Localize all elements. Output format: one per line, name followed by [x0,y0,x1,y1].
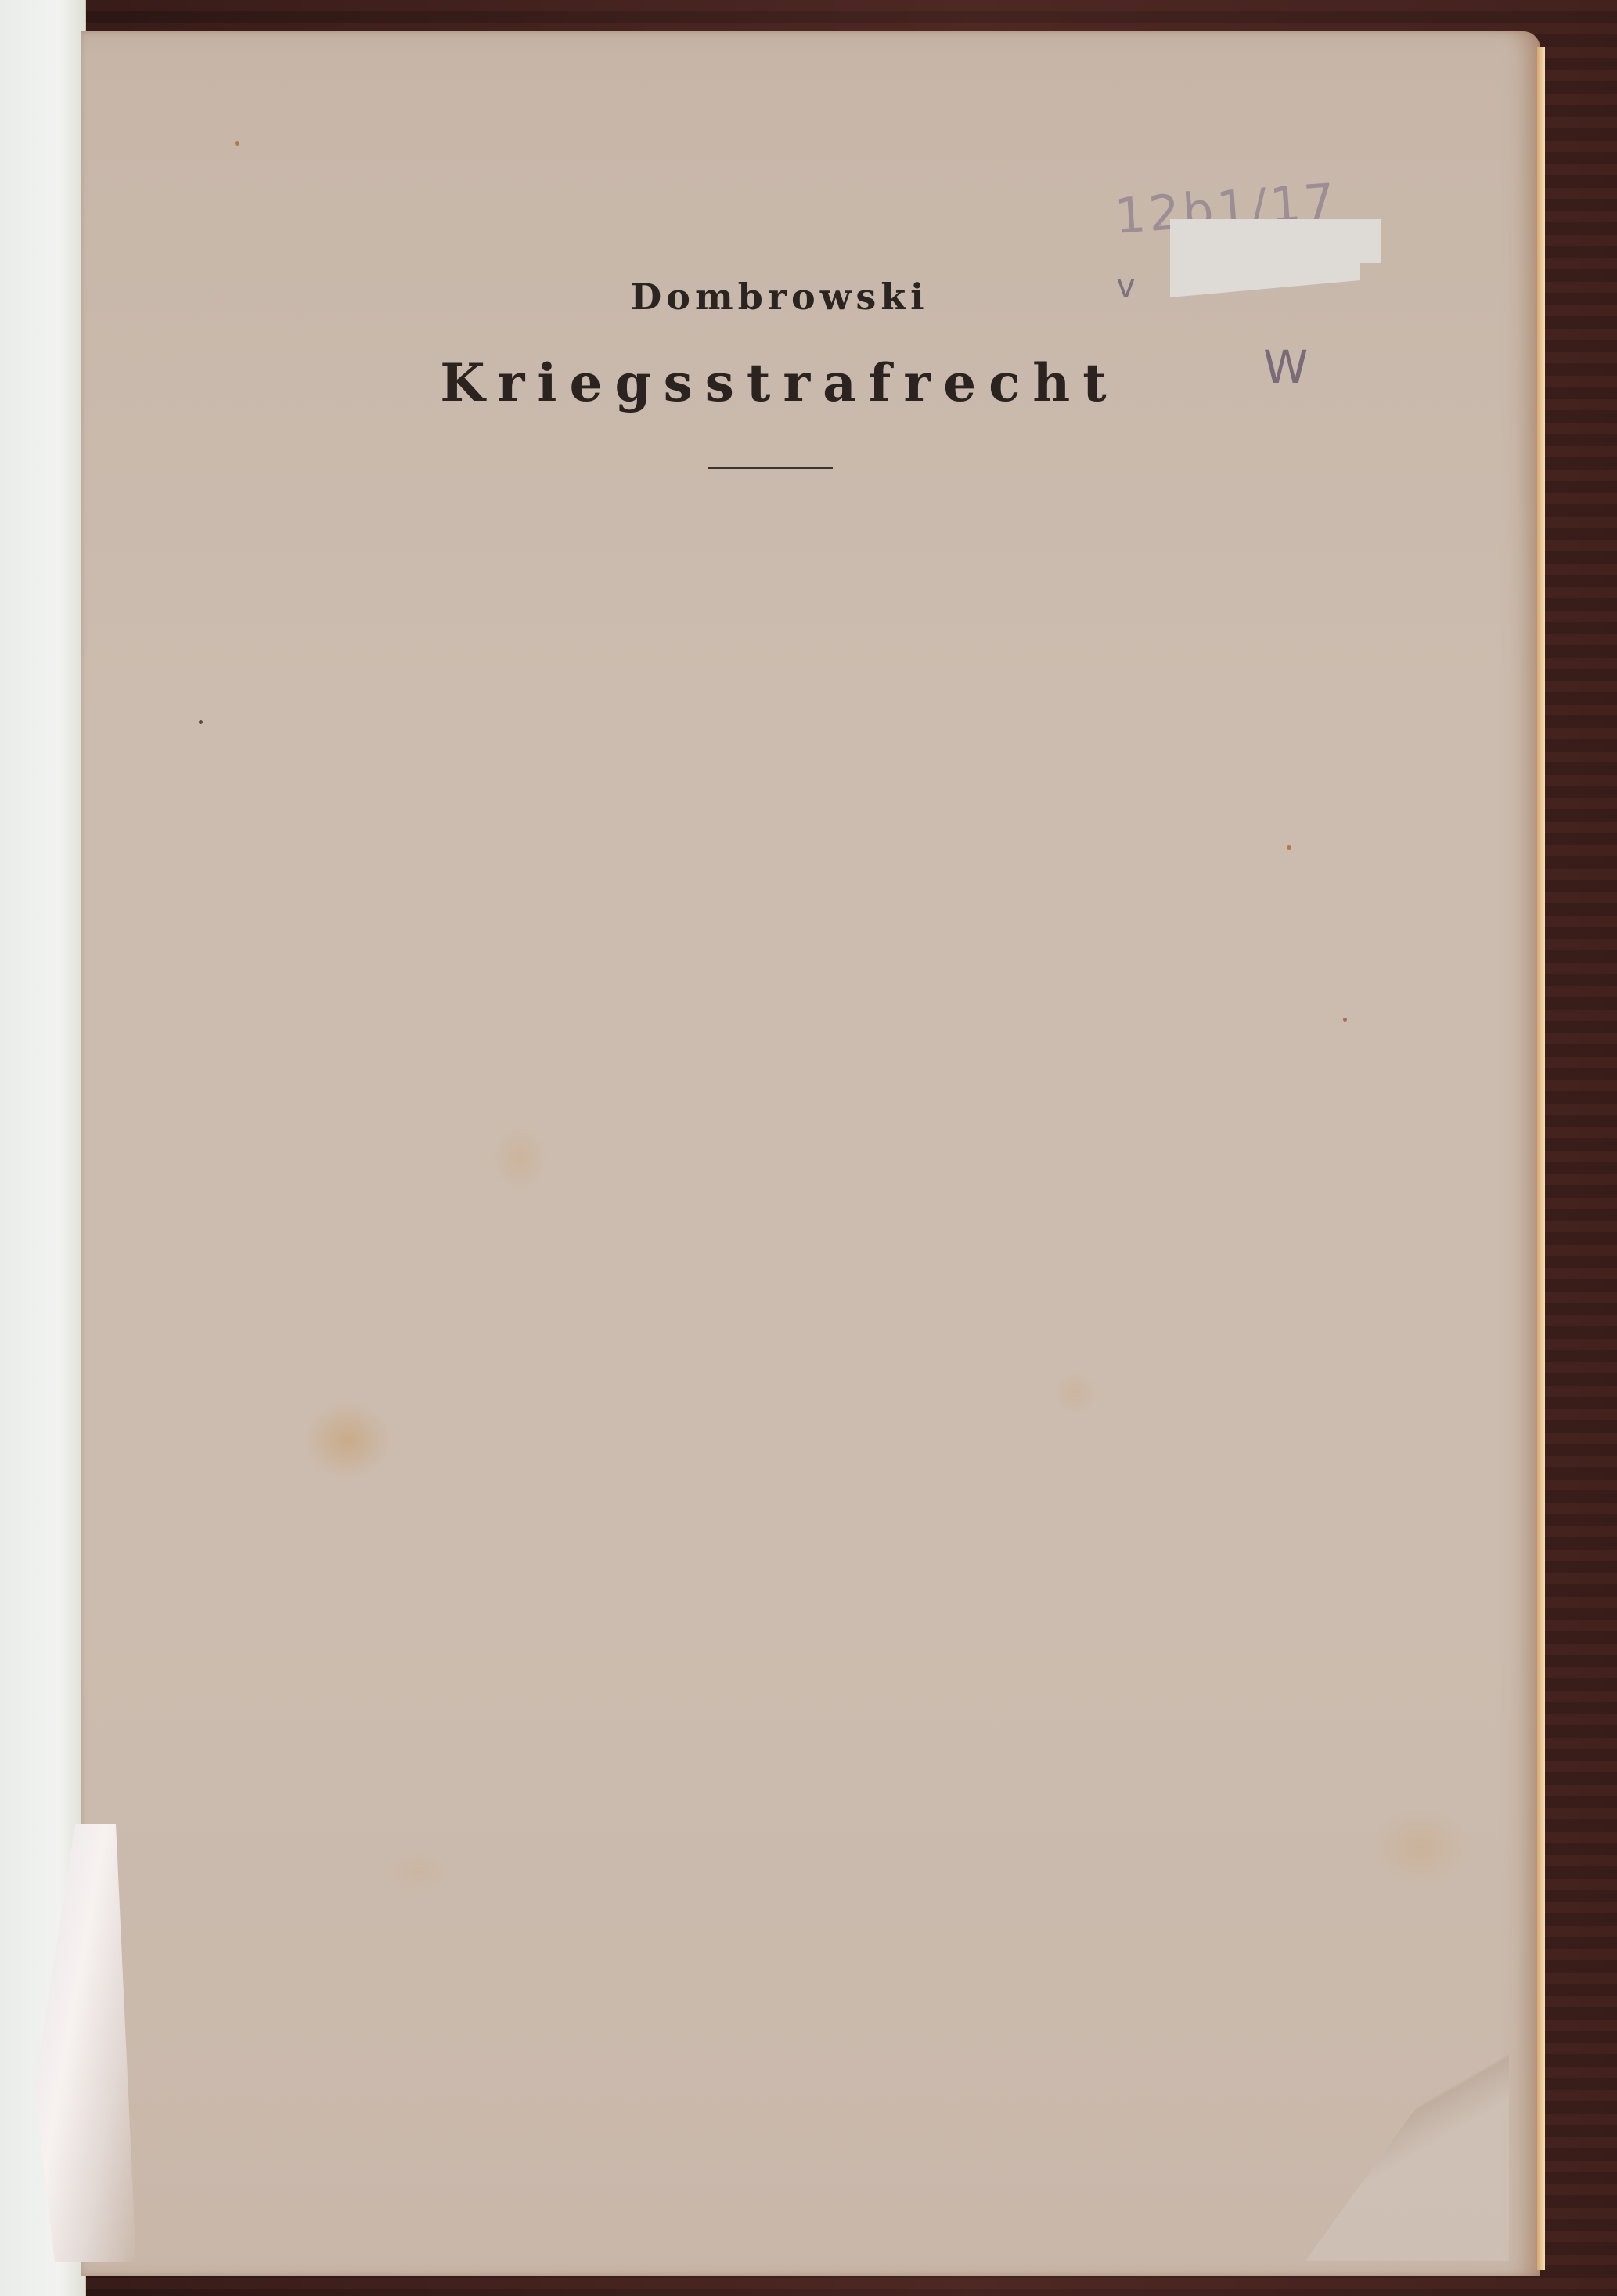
paper-speck [1287,845,1291,850]
paper-speck [1343,1018,1347,1022]
page-edge [1537,47,1545,2270]
folded-corner [1305,1979,1509,2261]
pencil-initial: W [1263,341,1308,394]
pencil-check-mark: v [1116,266,1136,305]
paper-speck [235,141,239,146]
paper-speck [199,720,203,724]
title-divider-rule [708,467,833,469]
title-page: Dombrowski Kriegsstrafrecht 12b1/17 v W [81,31,1540,2276]
